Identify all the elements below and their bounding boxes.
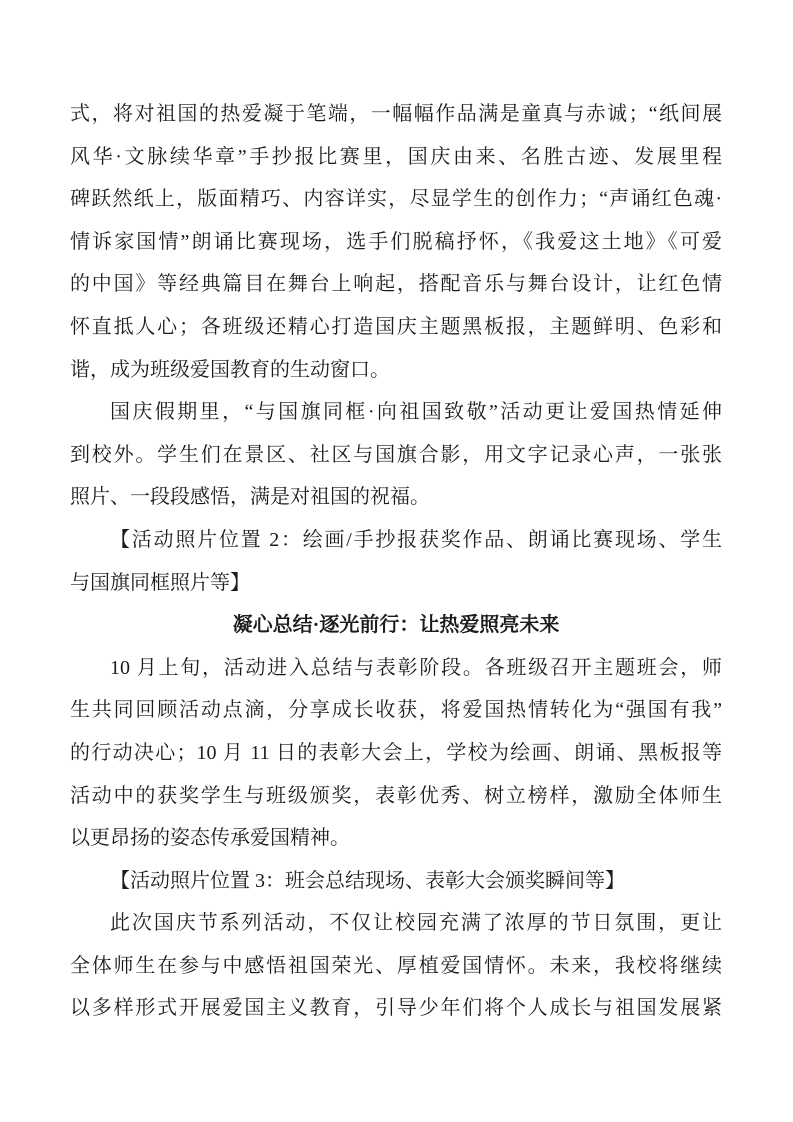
photo-placeholder-line: 与国旗同框照片等】 [70,562,722,605]
document-body: 式，将对祖国的热爱凝于笔端，一幅幅作品满是童真与赤诚；“纸间展 风华·文脉续华章… [70,93,722,1030]
body-text-line: 式，将对祖国的热爱凝于笔端，一幅幅作品满是童真与赤诚；“纸间展 [70,93,722,136]
body-text-line: 的行动决心；10 月 11 日的表彰大会上，学校为绘画、朗诵、黑板报等 [70,732,722,775]
body-text-line: 生共同回顾活动点滴，分享成长收获，将爱国热情转化为“强国有我” [70,689,722,732]
photo-placeholder-line: 【活动照片位置 3：班会总结现场、表彰大会颁奖瞬间等】 [70,860,722,903]
section-heading: 凝心总结·逐光前行：让热爱照亮未来 [70,604,722,647]
body-text-line: 风华·文脉续华章”手抄报比赛里，国庆由来、名胜古迹、发展里程 [70,136,722,179]
body-text-line: 的中国》等经典篇目在舞台上响起，搭配音乐与舞台设计，让红色情 [70,263,722,306]
body-text-line: 此次国庆节系列活动，不仅让校园充满了浓厚的节日氛围，更让 [70,902,722,945]
body-text-line: 以多样形式开展爱国主义教育，引导少年们将个人成长与祖国发展紧 [70,987,722,1030]
photo-placeholder-line: 【活动照片位置 2：绘画/手抄报获奖作品、朗诵比赛现场、学生 [70,519,722,562]
body-text-line: 情诉家国情”朗诵比赛现场，选手们脱稿抒怀，《我爱这土地》《可爱 [70,221,722,264]
body-text-line: 全体师生在参与中感悟祖国荣光、厚植爱国情怀。未来，我校将继续 [70,945,722,988]
body-text-line: 碑跃然纸上，版面精巧、内容详实，尽显学生的创作力；“声诵红色魂· [70,178,722,221]
body-text-line: 国庆假期里，“与国旗同框·向祖国致敬”活动更让爱国热情延伸 [70,391,722,434]
body-text-line: 照片、一段段感悟，满是对祖国的祝福。 [70,476,722,519]
body-text-line: 以更昂扬的姿态传承爱国精神。 [70,817,722,860]
body-text-line: 谐，成为班级爱国教育的生动窗口。 [70,349,722,392]
body-text-line: 到校外。学生们在景区、社区与国旗合影，用文字记录心声，一张张 [70,434,722,477]
body-text-line: 活动中的获奖学生与班级颁奖，表彰优秀、树立榜样，激励全体师生 [70,775,722,818]
body-text-line: 怀直抵人心；各班级还精心打造国庆主题黑板报，主题鲜明、色彩和 [70,306,722,349]
document-page: 式，将对祖国的热爱凝于笔端，一幅幅作品满是童真与赤诚；“纸间展 风华·文脉续华章… [0,0,793,1122]
body-text-line: 10 月上旬，活动进入总结与表彰阶段。各班级召开主题班会，师 [70,647,722,690]
